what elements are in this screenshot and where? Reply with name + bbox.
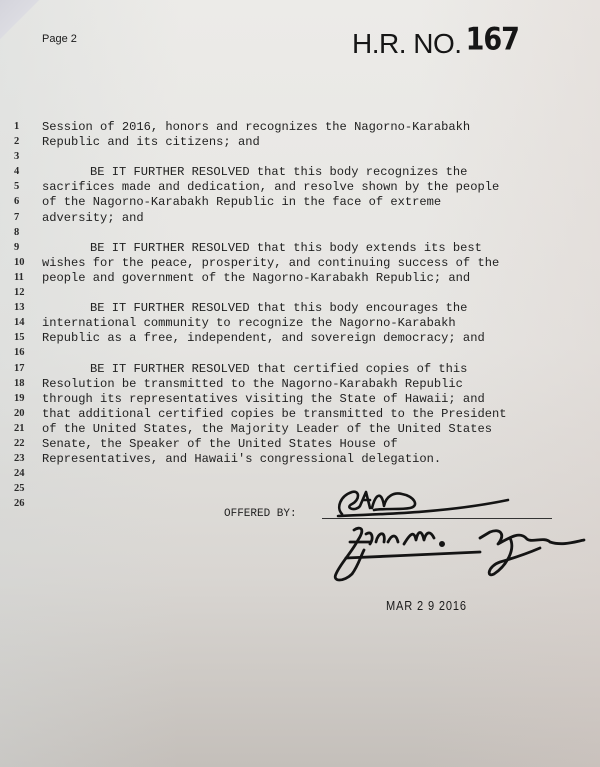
resolution-body: 1Session of 2016, honors and recognizes … <box>0 120 600 512</box>
bill-number-heading: H.R. NO.167 <box>352 28 519 60</box>
line-number: 17 <box>14 363 30 374</box>
line-number: 25 <box>14 483 30 494</box>
line-number: 3 <box>14 151 30 162</box>
line-number: 1 <box>14 121 30 132</box>
document-line: 9BE IT FURTHER RESOLVED that this body e… <box>0 241 600 256</box>
handwritten-bill-number: 167 <box>466 22 519 58</box>
line-number: 7 <box>14 212 30 223</box>
line-text: sacrifices made and dedication, and reso… <box>42 180 499 194</box>
document-line: 10wishes for the peace, prosperity, and … <box>0 256 600 271</box>
line-number: 5 <box>14 181 30 192</box>
document-line: 8 <box>0 226 600 241</box>
line-number: 2 <box>14 136 30 147</box>
line-text: Session of 2016, honors and recognizes t… <box>42 120 470 134</box>
line-number: 8 <box>14 227 30 238</box>
document-line: 4BE IT FURTHER RESOLVED that this body r… <box>0 165 600 180</box>
line-number: 10 <box>14 257 30 268</box>
line-text: of the Nagorno-Karabakh Republic in the … <box>42 195 441 209</box>
line-number: 4 <box>14 166 30 177</box>
line-number: 26 <box>14 498 30 509</box>
document-line: 1Session of 2016, honors and recognizes … <box>0 120 600 135</box>
line-text: of the United States, the Majority Leade… <box>42 422 492 436</box>
folded-corner <box>0 0 40 40</box>
document-line: 6of the Nagorno-Karabakh Republic in the… <box>0 195 600 210</box>
line-number: 19 <box>14 393 30 404</box>
line-number: 13 <box>14 302 30 313</box>
line-text: Republic as a free, independent, and sov… <box>42 331 485 345</box>
line-text: people and government of the Nagorno-Kar… <box>42 271 470 285</box>
document-line: 15Republic as a free, independent, and s… <box>0 331 600 346</box>
line-number: 18 <box>14 378 30 389</box>
document-line: 14international community to recognize t… <box>0 316 600 331</box>
line-text: Resolution be transmitted to the Nagorno… <box>42 377 463 391</box>
document-line: 22Senate, the Speaker of the United Stat… <box>0 437 600 452</box>
date-stamp: MAR 2 9 2016 <box>386 598 467 613</box>
line-text: BE IT FURTHER RESOLVED that this body re… <box>42 165 467 179</box>
line-text: Republic and its citizens; and <box>42 135 260 149</box>
document-line: 17BE IT FURTHER RESOLVED that certified … <box>0 362 600 377</box>
line-text: Senate, the Speaker of the United States… <box>42 437 398 451</box>
signatures <box>330 478 590 588</box>
line-number: 16 <box>14 347 30 358</box>
line-text: through its representatives visiting the… <box>42 392 485 406</box>
line-text: that additional certified copies be tran… <box>42 407 506 421</box>
line-number: 21 <box>14 423 30 434</box>
signature-2 <box>335 528 584 580</box>
signature-1 <box>338 492 508 516</box>
document-line: 18Resolution be transmitted to the Nagor… <box>0 377 600 392</box>
document-line: 13BE IT FURTHER RESOLVED that this body … <box>0 301 600 316</box>
line-number: 6 <box>14 196 30 207</box>
line-number: 14 <box>14 317 30 328</box>
line-number: 23 <box>14 453 30 464</box>
document-line: 16 <box>0 346 600 361</box>
line-number: 12 <box>14 287 30 298</box>
line-number: 20 <box>14 408 30 419</box>
offered-by-label: OFFERED BY: <box>224 508 297 520</box>
line-text: Representatives, and Hawaii's congressio… <box>42 452 441 466</box>
document-line: 23Representatives, and Hawaii's congress… <box>0 452 600 467</box>
line-text: wishes for the peace, prosperity, and co… <box>42 256 499 270</box>
line-text: BE IT FURTHER RESOLVED that certified co… <box>42 362 467 376</box>
line-number: 15 <box>14 332 30 343</box>
line-text: international community to recognize the… <box>42 316 456 330</box>
page-label: Page 2 <box>42 33 77 45</box>
document-line: 19through its representatives visiting t… <box>0 392 600 407</box>
line-number: 22 <box>14 438 30 449</box>
document-line: 12 <box>0 286 600 301</box>
document-line: 7adversity; and <box>0 211 600 226</box>
document-line: 11people and government of the Nagorno-K… <box>0 271 600 286</box>
document-line: 21of the United States, the Majority Lea… <box>0 422 600 437</box>
document-line: 20that additional certified copies be tr… <box>0 407 600 422</box>
bill-prefix: H.R. NO. <box>352 28 462 59</box>
document-line: 3 <box>0 150 600 165</box>
line-number: 24 <box>14 468 30 479</box>
line-number: 9 <box>14 242 30 253</box>
line-text: adversity; and <box>42 211 144 225</box>
line-text: BE IT FURTHER RESOLVED that this body ex… <box>42 241 482 255</box>
document-line: 5sacrifices made and dedication, and res… <box>0 180 600 195</box>
line-number: 11 <box>14 272 30 283</box>
document-line: 2Republic and its citizens; and <box>0 135 600 150</box>
line-text: BE IT FURTHER RESOLVED that this body en… <box>42 301 467 315</box>
